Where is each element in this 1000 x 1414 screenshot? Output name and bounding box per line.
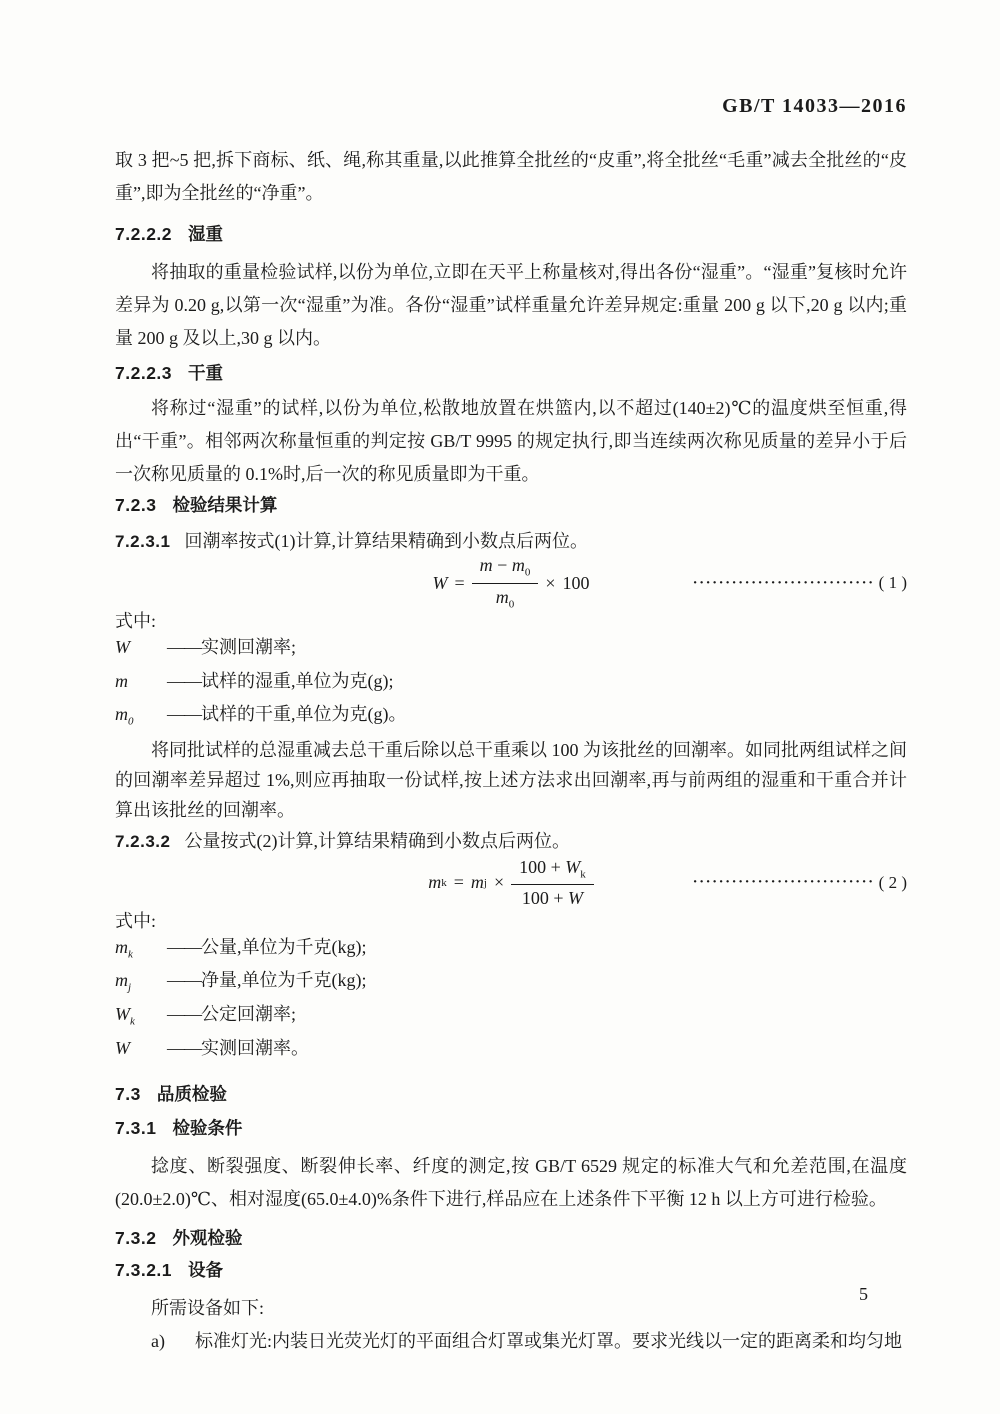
subscript-k: k [441, 877, 447, 889]
clause-title: 湿重 [188, 224, 223, 244]
definition-row: mk —— 公量,单位为千克(kg); [115, 934, 907, 968]
clause-number: 7.3.2 [115, 1228, 156, 1248]
clause-number: 7.3.1 [115, 1118, 156, 1138]
paragraph-wet-weight: 将抽取的重量检验试样,以份为单位,立即在天平上称量核对,得出各份“湿重”。“湿重… [115, 256, 907, 355]
variable-Wk: W [565, 857, 580, 877]
document-page: GB/T 14033—2016 取 3 把~5 把,拆下商标、纸、绳,称其重量,… [0, 0, 1000, 1414]
fraction-numerator: m − m0 [472, 554, 539, 583]
definition-text: 试样的湿重,单位为克(g); [201, 668, 907, 702]
definition-dash: —— [167, 934, 201, 968]
variable-W: W [433, 573, 448, 594]
fraction-denominator: m0 [472, 584, 539, 612]
multiply-sign: × [494, 872, 504, 893]
symbol: mk [115, 934, 167, 968]
definition-dash: —— [167, 1001, 201, 1035]
clause-7-2-3-1: 7.2.3.1回潮率按式(1)计算,计算结果精确到小数点后两位。 [115, 525, 907, 558]
clause-title: 外观检验 [172, 1228, 242, 1248]
clause-title: 检验结果计算 [172, 495, 277, 515]
section-heading-7-2-2-2: 7.2.2.2湿重 [115, 222, 907, 246]
equation-number: ( 1 ) [879, 573, 907, 593]
multiply-sign: × [545, 573, 555, 594]
factor-100: 100 [562, 573, 589, 594]
definition-dash: —— [167, 634, 201, 668]
variable-mj: m [471, 872, 484, 893]
symbol: Wk [115, 1001, 167, 1035]
where-label: 式中: [115, 608, 907, 634]
list-marker: a) [151, 1325, 195, 1358]
variable-m: m [480, 555, 493, 575]
paragraph-dry-weight: 将称过“湿重”的试样,以份为单位,松散地放置在烘篮内,以不超过(140±2)℃的… [115, 392, 907, 491]
definition-text: 净量,单位为千克(kg); [201, 967, 907, 1001]
paragraph-batch-regain: 将同批试样的总湿重减去总干重后除以总干重乘以 100 为该批丝的回潮率。如同批两… [115, 735, 907, 825]
clause-text: 回潮率按式(1)计算,计算结果精确到小数点后两位。 [185, 531, 589, 551]
minus-sign: − [493, 555, 512, 575]
definition-row: W —— 实测回潮率; [115, 634, 907, 668]
equation-2: mk = mj × 100 + Wk 100 + W ·············… [115, 858, 907, 908]
clause-number: 7.2.3.1 [115, 532, 171, 551]
subscript-0: 0 [509, 598, 515, 610]
dot-leader: ···························· [693, 874, 875, 891]
where-label: 式中: [115, 908, 907, 934]
clause-text: 公量按式(2)计算,计算结果精确到小数点后两位。 [185, 831, 571, 851]
clause-number: 7.2.3 [115, 495, 156, 515]
variable-mk: m [428, 872, 441, 893]
variable-m0: m [512, 555, 525, 575]
equation-leader: ···························· ( 1 ) [693, 573, 907, 593]
formula-moisture-regain: W = m − m0 m0 × 100 [433, 554, 590, 612]
subscript-0: 0 [525, 567, 531, 579]
symbol: mj [115, 967, 167, 1001]
dot-leader: ···························· [693, 575, 875, 592]
section-heading-7-3-2-1: 7.3.2.1设备 [115, 1258, 907, 1282]
paragraph-equipment-intro: 所需设备如下: [115, 1292, 907, 1325]
clause-title: 品质检验 [157, 1084, 227, 1104]
definition-text: 公量,单位为千克(kg); [201, 934, 907, 968]
definition-row: W —— 实测回潮率。 [115, 1035, 907, 1069]
list-text: 标准灯光:内装日光荧光灯的平面组合灯罩或集光灯罩。要求光线以一定的距离柔和均匀地 [195, 1325, 902, 1358]
definition-text: 试样的干重,单位为克(g)。 [201, 701, 907, 735]
fraction: 100 + Wk 100 + W [511, 856, 594, 910]
variable-W: W [568, 888, 583, 908]
equals-sign: = [454, 872, 464, 893]
equation-number: ( 2 ) [879, 873, 907, 893]
clause-number: 7.2.3.2 [115, 832, 171, 851]
clause-7-2-3-2: 7.2.3.2公量按式(2)计算,计算结果精确到小数点后两位。 [115, 825, 907, 858]
fraction: m − m0 m0 [472, 554, 539, 612]
clause-number: 7.2.2.3 [115, 363, 172, 383]
equation-leader: ···························· ( 2 ) [693, 873, 907, 893]
definition-row: Wk —— 公定回潮率; [115, 1001, 907, 1035]
section-heading-7-2-3: 7.2.3检验结果计算 [115, 493, 907, 517]
definition-dash: —— [167, 668, 201, 702]
definition-row: mj —— 净量,单位为千克(kg); [115, 967, 907, 1001]
list-item-a: a) 标准灯光:内装日光荧光灯的平面组合灯罩或集光灯罩。要求光线以一定的距离柔和… [115, 1325, 907, 1358]
paragraph-continued: 取 3 把~5 把,拆下商标、纸、绳,称其重量,以此推算全批丝的“皮重”,将全批… [115, 144, 907, 210]
definition-dash: —— [167, 701, 201, 735]
subscript-j: j [484, 877, 487, 889]
definition-row: m —— 试样的湿重,单位为克(g); [115, 668, 907, 702]
fraction-numerator: 100 + Wk [511, 856, 594, 885]
clause-title: 干重 [188, 363, 223, 383]
formula-conditioned-mass: mk = mj × 100 + Wk 100 + W [428, 856, 594, 910]
page-content: GB/T 14033—2016 取 3 把~5 把,拆下商标、纸、绳,称其重量,… [115, 0, 907, 1358]
standard-number-header: GB/T 14033—2016 [115, 0, 907, 118]
symbol: m0 [115, 701, 167, 735]
section-heading-7-2-2-3: 7.2.2.3干重 [115, 361, 907, 385]
definition-dash: —— [167, 967, 201, 1001]
equation-1: W = m − m0 m0 × 100 ····················… [115, 558, 907, 608]
definition-row: m0 —— 试样的干重,单位为克(g)。 [115, 701, 907, 735]
page-number: 5 [859, 1284, 868, 1305]
section-heading-7-3-2: 7.3.2外观检验 [115, 1226, 907, 1250]
symbol: m [115, 668, 167, 702]
fraction-denominator: 100 + W [511, 885, 594, 910]
section-heading-7-3-1: 7.3.1检验条件 [115, 1116, 907, 1140]
symbol: W [115, 1035, 167, 1069]
clause-number: 7.2.2.2 [115, 224, 172, 244]
clause-title: 检验条件 [172, 1118, 242, 1138]
definition-text: 实测回潮率。 [201, 1035, 907, 1069]
variable-m0: m [496, 587, 509, 607]
clause-number: 7.3 [115, 1084, 141, 1104]
definition-text: 实测回潮率; [201, 634, 907, 668]
clause-number: 7.3.2.1 [115, 1260, 172, 1280]
equals-sign: = [455, 573, 465, 594]
subscript-k: k [580, 868, 586, 880]
section-heading-7-3: 7.3品质检验 [115, 1082, 907, 1106]
symbol: W [115, 634, 167, 668]
clause-title: 设备 [188, 1260, 223, 1280]
definition-text: 公定回潮率; [201, 1001, 907, 1035]
definition-dash: —— [167, 1035, 201, 1069]
paragraph-test-conditions: 捻度、断裂强度、断裂伸长率、纤度的测定,按 GB/T 6529 规定的标准大气和… [115, 1150, 907, 1216]
